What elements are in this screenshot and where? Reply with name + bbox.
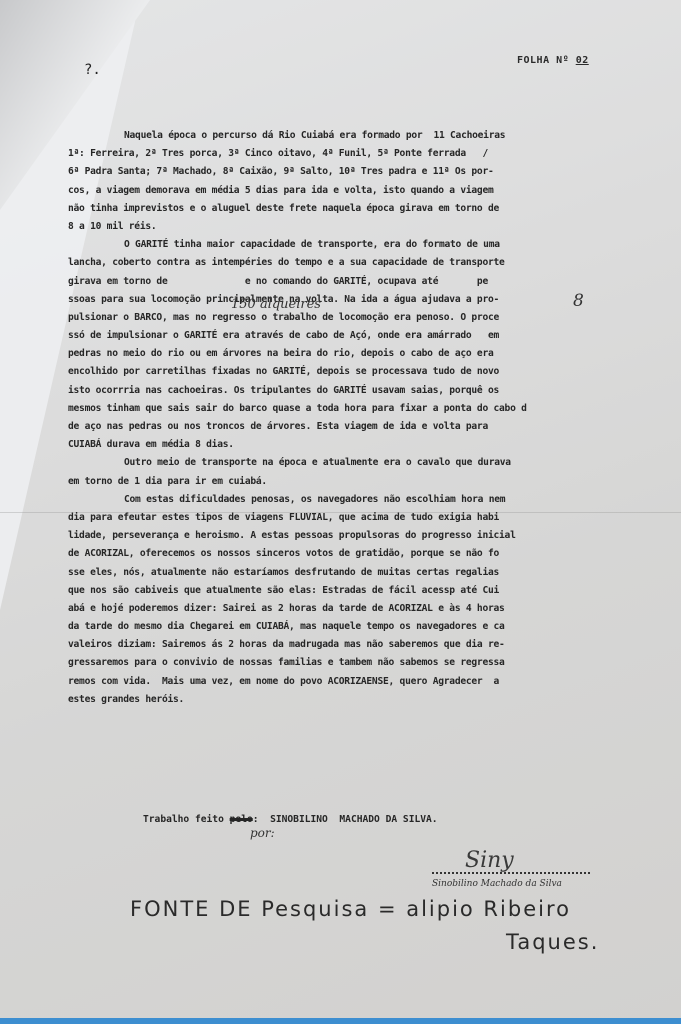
text-line: de aço nas pedras ou nos troncos de árvo… xyxy=(68,418,628,436)
signature-printed-name: Sinobilino Machado da Silva xyxy=(432,879,562,889)
handwritten-capacity: 150 alqueires xyxy=(231,297,321,312)
text-line: O GARITÉ tinha maior capacidade de trans… xyxy=(68,236,628,254)
author-credit: Trabalho feito pelo: SINOBILINO MACHADO … xyxy=(143,814,438,825)
signature-scrawl: Siny xyxy=(465,848,514,873)
text-line: em torno de 1 dia para ir em cuiabá. xyxy=(68,473,628,491)
text-line: mesmos tinham que sais sair do barco qua… xyxy=(68,400,628,418)
text-line: girava em torno de e no comando do GARIT… xyxy=(68,273,628,291)
handwritten-source-line2: Taques. xyxy=(506,930,599,954)
struck-word: pelo xyxy=(230,814,253,825)
text-line: de ACORIZAL, oferecemos os nossos sincer… xyxy=(68,545,628,563)
text-line: 1ª: Ferreira, 2ª Tres porca, 3ª Cinco oi… xyxy=(68,145,628,163)
page-number-header: FOLHA Nº 02 xyxy=(517,55,589,66)
text-line: lidade, perseverança e heroismo. A estas… xyxy=(68,527,628,545)
text-line: não tinha imprevistos e o aluguel deste … xyxy=(68,200,628,218)
text-line: cos, a viagem demorava em média 5 dias p… xyxy=(68,182,628,200)
text-line: 6ª Padra Santa; 7ª Machado, 8ª Caixão, 9… xyxy=(68,163,628,181)
credit-prefix: Trabalho feito xyxy=(143,814,230,825)
text-line: estes grandes heróis. xyxy=(68,691,628,709)
signature-dotted-line xyxy=(432,872,590,874)
handwritten-persons: 8 xyxy=(573,291,584,311)
text-line: que nos são cabiveis que atualmente são … xyxy=(68,582,628,600)
credit-suffix: : SINOBILINO MACHADO DA SILVA. xyxy=(253,814,438,825)
text-line: pedras no meio do rio ou em árvores na b… xyxy=(68,345,628,363)
margin-mark: ?. xyxy=(84,62,101,78)
text-line: dia para efeutar estes tipos de viagens … xyxy=(68,509,628,527)
text-line: Com estas dificuldades penosas, os naveg… xyxy=(68,491,628,509)
text-line: CUIABÁ durava em média 8 dias. xyxy=(68,436,628,454)
text-line: remos com vida. Mais uma vez, em nome do… xyxy=(68,673,628,691)
text-line: 8 a 10 mil réis. xyxy=(68,218,628,236)
text-line: encolhido por carretilhas fixadas no GAR… xyxy=(68,363,628,381)
folha-label: FOLHA Nº xyxy=(517,55,569,66)
text-line: sse eles, nós, atualmente não estaríamos… xyxy=(68,564,628,582)
document-page: ?. FOLHA Nº 02 Naquela época o percurso … xyxy=(0,0,681,1024)
text-line: abá e hojé poderemos dizer: Sairei as 2 … xyxy=(68,600,628,618)
text-line: da tarde do mesmo dia Chegarei em CUIABÁ… xyxy=(68,618,628,636)
folha-number: 02 xyxy=(576,55,589,66)
text-line: ssoas para sua locomoção principalmente … xyxy=(68,291,628,309)
handwritten-source-line1: FONTE DE Pesquisa = alipio Ribeiro xyxy=(130,897,571,921)
text-line: isto ocorrria nas cachoeiras. Os tripula… xyxy=(68,382,628,400)
text-line: Outro meio de transporte na época e atua… xyxy=(68,454,628,472)
text-line: lancha, coberto contra as intempéries do… xyxy=(68,254,628,272)
text-line: valeiros diziam: Sairemos ás 2 horas da … xyxy=(68,636,628,654)
typewritten-body: Naquela época o percurso dá Rio Cuiabá e… xyxy=(68,127,628,709)
background-surface xyxy=(0,1018,681,1024)
text-line: ssó de impulsionar o GARITÉ era através … xyxy=(68,327,628,345)
text-line: gressaremos para o convivio de nossas fa… xyxy=(68,654,628,672)
text-line: pulsionar o BARCO, mas no regresso o tra… xyxy=(68,309,628,327)
text-line: Naquela época o percurso dá Rio Cuiabá e… xyxy=(68,127,628,145)
handwritten-correction: por: xyxy=(250,826,275,840)
